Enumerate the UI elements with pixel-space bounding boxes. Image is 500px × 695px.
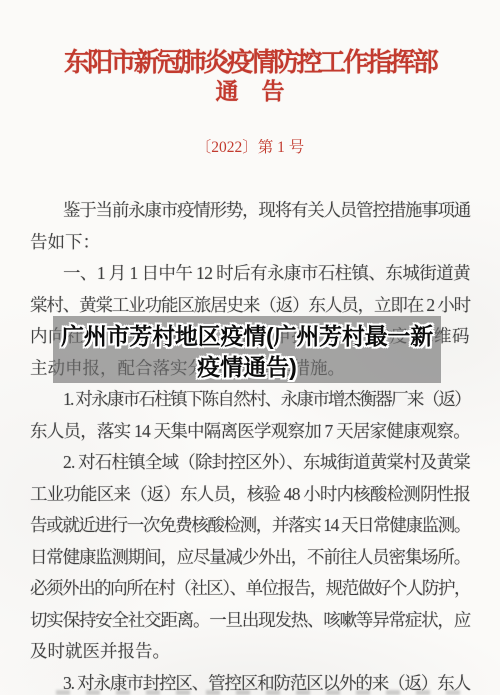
overlay-caption-line1: 广州市芳村地区疫情(广州芳村最一新	[53, 321, 441, 352]
overlay-caption-line2: 疫情通告)	[53, 352, 441, 383]
notice-body-line: 2. 对石柱镇全域（除封控区外）、东城街道黄棠村及黄棠	[30, 447, 470, 479]
notice-body-line: 东人员，落实 14 天集中隔离医学观察加 7 天居家健康观察。	[30, 416, 470, 448]
notice-body-line: 告或就近进行一次免费核酸检测，并落实 14 天日常健康监测。	[30, 510, 470, 542]
notice-issuer-text: 东阳市新冠肺炎疫情防控工作指挥部	[64, 48, 436, 77]
notice-doc-type-text: 通 告	[216, 79, 285, 104]
notice-body-line: 日常健康监测期间，应尽量减少外出，不前往人员密集场所。	[30, 542, 470, 574]
notice-body-line: 工业功能区来（返）东人员，核验 48 小时内核酸检测阴性报	[30, 479, 470, 511]
notice-doc-type: 通 告	[0, 78, 500, 106]
overlay-caption-title: 广州市芳村地区疫情(广州芳村最一新 疫情通告)	[53, 316, 441, 383]
notice-body-line: 告如下：	[30, 227, 470, 259]
notice-body-line: 必须外出的向所在村（社区）、单位报告，规范做好个人防护，	[30, 573, 470, 605]
notice-body-line: 1. 对永康市石柱镇下陈自然村、永康市增杰衡器厂来（返）	[30, 384, 470, 416]
notice-body-line: 一、1 月 1 日中午 12 时后有永康市石柱镇、东城街道黄	[30, 258, 470, 290]
notice-body-line: 切实保持安全社交距离。一旦出现发热、咳嗽等异常症状，应	[30, 605, 470, 637]
notice-body-line: 鉴于当前永康市疫情形势，现将有关人员管控措施事项通	[30, 195, 470, 227]
notice-body-line: 及时就医并报告。	[30, 636, 470, 668]
notice-doc-number: 〔2022〕第 1 号	[0, 138, 500, 158]
scanned-notice-page: 东阳市新冠肺炎疫情防控工作指挥部 通 告 〔2022〕第 1 号 鉴于当前永康市…	[0, 0, 500, 695]
cropped-next-line-artifact	[56, 690, 470, 695]
notice-doc-number-text: 〔2022〕第 1 号	[196, 139, 305, 156]
notice-body: 鉴于当前永康市疫情形势，现将有关人员管控措施事项通 告如下： 一、1 月 1 日…	[30, 195, 470, 695]
notice-issuer-title: 东阳市新冠肺炎疫情防控工作指挥部	[0, 47, 500, 79]
